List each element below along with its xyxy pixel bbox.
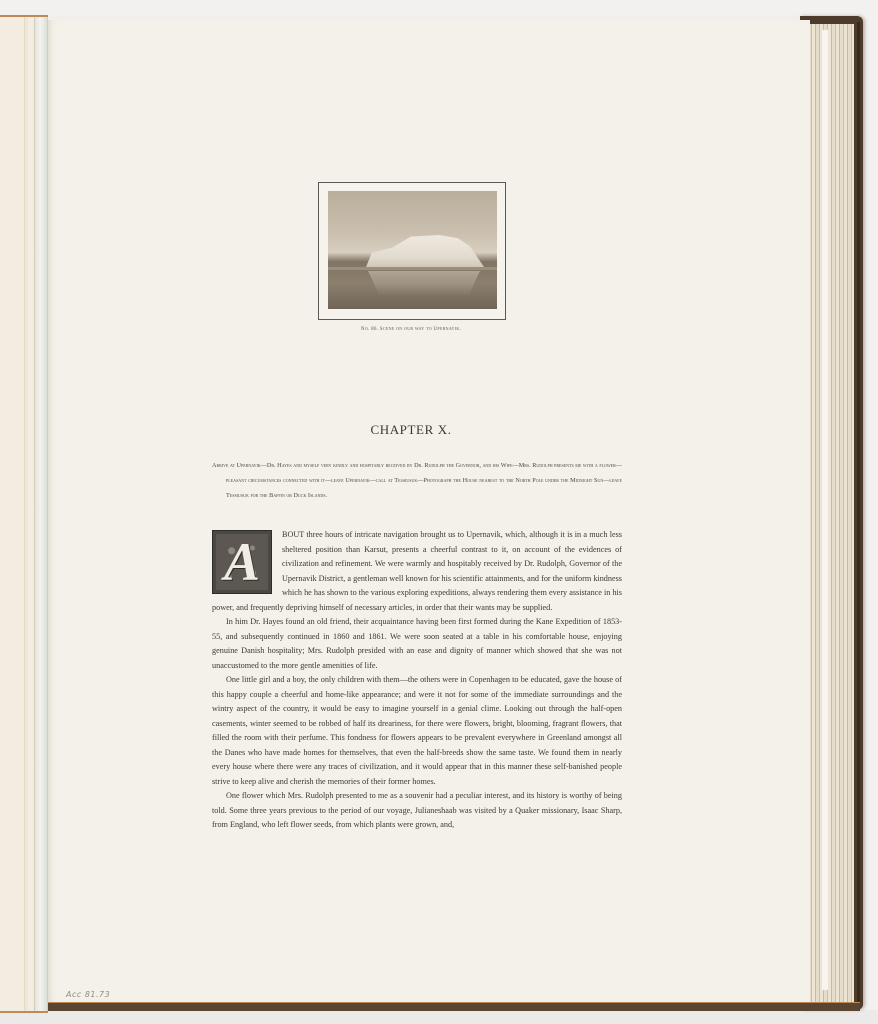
plate-caption: No. 86. Scene on our way to Upernavik. (258, 326, 564, 332)
photo-plate-frame (318, 182, 506, 320)
ornamental-dropcap: A (212, 530, 272, 594)
page-edges (808, 24, 854, 1002)
book-page: No. 86. Scene on our way to Upernavik. C… (48, 20, 810, 1002)
background-top (0, 0, 878, 15)
iceberg-shape (366, 235, 484, 267)
chapter-title: CHAPTER X. (248, 422, 574, 438)
chapter-summary-text: Arrive at Upernavik—Dr. Hayes and myself… (212, 458, 622, 503)
background-bottom (0, 1010, 878, 1024)
handwritten-inventory-note: Acc 81.73 (66, 990, 110, 999)
waterline (328, 267, 497, 270)
page-edge-highlight (822, 30, 828, 990)
paragraph-4: One flower which Mrs. Rudolph presented … (212, 789, 622, 833)
book-cover-bottom (48, 1002, 860, 1011)
iceberg-photograph (328, 191, 497, 309)
paragraph-1: BOUT three hours of intricate navigation… (212, 528, 622, 615)
dropcap-letter: A (213, 531, 271, 593)
left-page-edge (0, 15, 48, 1013)
paragraph-3: One little girl and a boy, the only chil… (212, 673, 622, 789)
chapter-body: A BOUT three hours of intricate navigati… (212, 528, 622, 833)
paragraph-2: In him Dr. Hayes found an old friend, th… (212, 615, 622, 673)
iceberg-reflection (368, 271, 480, 295)
page-fold (24, 17, 28, 1011)
binding-gutter-strip (34, 17, 48, 1011)
chapter-summary: Arrive at Upernavik—Dr. Hayes and myself… (212, 458, 622, 503)
background-right (863, 0, 878, 1024)
